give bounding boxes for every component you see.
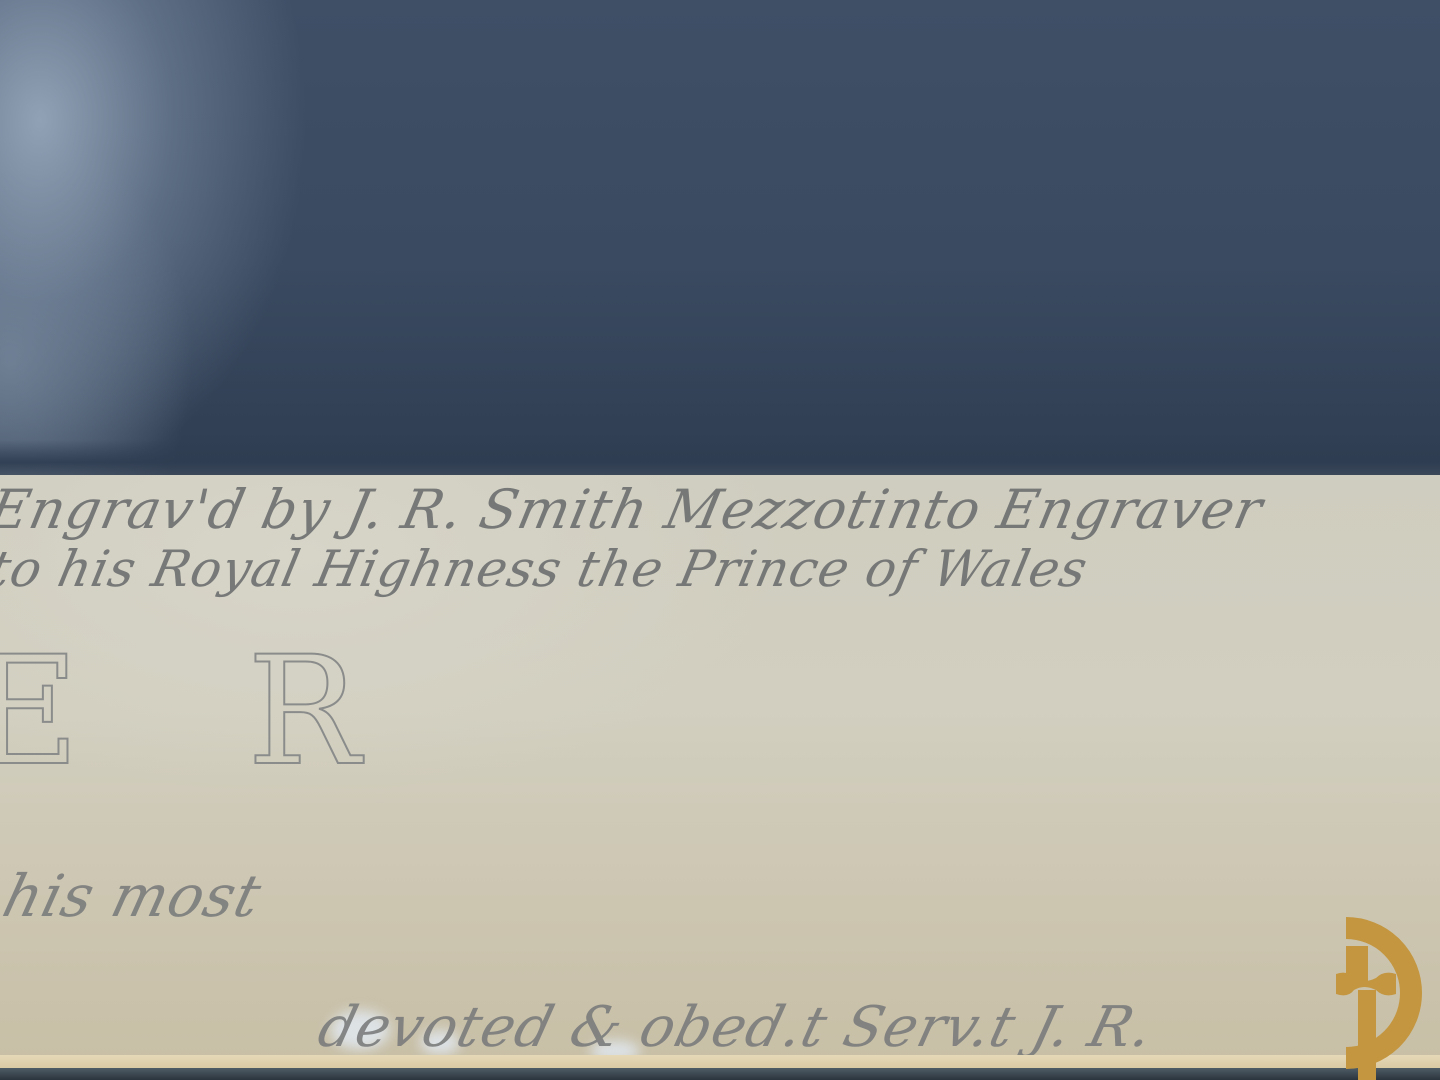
engraver-credit-line: Engrav'd by J. R. Smith Mezzotinto Engra…	[0, 478, 1269, 541]
mat-board-edge	[0, 1055, 1440, 1069]
title-fragment: E R	[0, 625, 420, 799]
royal-appointment-line: to his Royal Highness the Prince of Wale…	[0, 540, 1093, 598]
dedication-line-2: devoted & obed.t Serv.t J. R.	[312, 995, 1160, 1060]
print-photograph: Engrav'd by J. R. Smith Mezzotinto Engra…	[0, 0, 1440, 1080]
frame-edge	[0, 1068, 1440, 1080]
mezzotint-plate-area	[0, 0, 1440, 475]
gavel-d-monogram-icon	[1318, 912, 1440, 1080]
dedication-line-1: his most	[0, 862, 269, 930]
